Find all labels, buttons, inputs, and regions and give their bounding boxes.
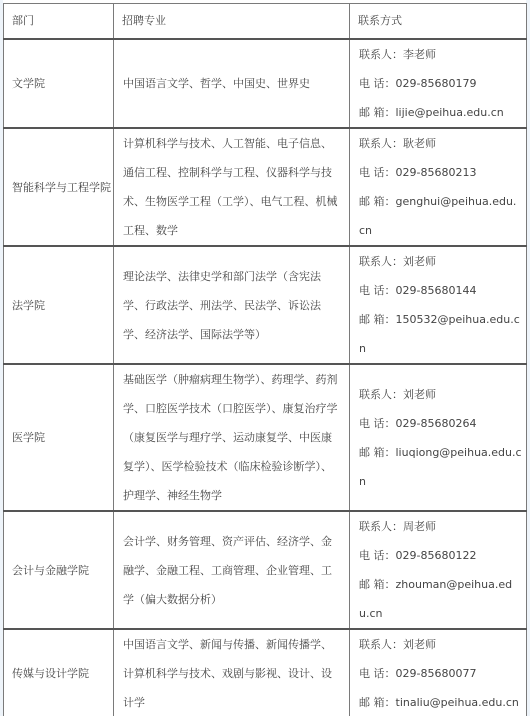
- phone-label: 电 话：: [359, 77, 396, 90]
- email-line: 邮 箱：lijie@peihua.edu.cn: [359, 98, 522, 127]
- email-label: 邮 箱：: [359, 313, 396, 326]
- department-cell: 传媒与设计学院: [4, 629, 114, 716]
- phone-value: 029-85680122: [396, 549, 477, 562]
- header-department: 部门: [4, 4, 114, 40]
- majors-cell: 会计学、财务管理、资产评估、经济学、金融学、金融工程、工商管理、企业管理、工学（…: [114, 511, 350, 629]
- table-row: 医学院 基础医学（肿瘤病理生物学）、药理学、药剂学、口腔医学技术（口腔医学）、康…: [4, 364, 527, 511]
- email-line: 邮 箱：150532@peihua.edu.cn: [359, 305, 522, 363]
- department-cell: 文学院: [4, 39, 114, 128]
- phone-value: 029-85680077: [396, 667, 477, 680]
- email-value: lijie@peihua.edu.cn: [396, 106, 504, 119]
- contact-person-label: 联系人：: [359, 255, 403, 268]
- contact-person-value: 耿老师: [403, 137, 436, 150]
- contact-cell: 联系人：刘老师 电 话：029-85680077 邮 箱：tinaliu@pei…: [350, 629, 527, 716]
- phone-line: 电 话：029-85680122: [359, 541, 522, 570]
- contact-person-value: 周老师: [403, 520, 436, 533]
- department-cell: 医学院: [4, 364, 114, 511]
- contact-person-line: 联系人：耿老师: [359, 129, 522, 158]
- email-line: 邮 箱：genghui@peihua.edu.cn: [359, 187, 522, 245]
- contact-person-value: 李老师: [403, 48, 436, 61]
- department-cell: 智能科学与工程学院: [4, 128, 114, 246]
- phone-line: 电 话：029-85680144: [359, 276, 522, 305]
- phone-label: 电 话：: [359, 417, 396, 430]
- contact-person-label: 联系人：: [359, 48, 403, 61]
- contact-person-value: 刘老师: [403, 638, 436, 651]
- contact-cell: 联系人：耿老师 电 话：029-85680213 邮 箱：genghui@pei…: [350, 128, 527, 246]
- email-label: 邮 箱：: [359, 106, 396, 119]
- contact-person-line: 联系人：刘老师: [359, 247, 522, 276]
- contact-person-line: 联系人：李老师: [359, 40, 522, 69]
- email-label: 邮 箱：: [359, 696, 396, 709]
- contact-person-line: 联系人：刘老师: [359, 380, 522, 409]
- recruitment-table: 部门 招聘专业 联系方式 文学院 中国语言文学、哲学、中国史、世界史 联系人：李…: [3, 3, 527, 716]
- majors-cell: 中国语言文学、哲学、中国史、世界史: [114, 39, 350, 128]
- majors-cell: 中国语言文学、新闻与传播、新闻传播学、计算机科学与技术、戏剧与影视、设计、设计学: [114, 629, 350, 716]
- table-row: 会计与金融学院 会计学、财务管理、资产评估、经济学、金融学、金融工程、工商管理、…: [4, 511, 527, 629]
- header-majors: 招聘专业: [114, 4, 350, 40]
- table-row: 传媒与设计学院 中国语言文学、新闻与传播、新闻传播学、计算机科学与技术、戏剧与影…: [4, 629, 527, 716]
- header-contact: 联系方式: [350, 4, 527, 40]
- email-line: 邮 箱：tinaliu@peihua.edu.cn: [359, 688, 522, 716]
- phone-value: 029-85680144: [396, 284, 477, 297]
- phone-line: 电 话：029-85680213: [359, 158, 522, 187]
- phone-label: 电 话：: [359, 667, 396, 680]
- phone-label: 电 话：: [359, 284, 396, 297]
- majors-cell: 基础医学（肿瘤病理生物学）、药理学、药剂学、口腔医学技术（口腔医学）、康复治疗学…: [114, 364, 350, 511]
- phone-line: 电 话：029-85680077: [359, 659, 522, 688]
- contact-person-label: 联系人：: [359, 520, 403, 533]
- phone-label: 电 话：: [359, 166, 396, 179]
- contact-person-value: 刘老师: [403, 388, 436, 401]
- email-value: tinaliu@peihua.edu.cn: [396, 696, 519, 709]
- contact-cell: 联系人：刘老师 电 话：029-85680144 邮 箱：150532@peih…: [350, 246, 527, 364]
- contact-person-label: 联系人：: [359, 388, 403, 401]
- phone-line: 电 话：029-85680264: [359, 409, 522, 438]
- contact-cell: 联系人：刘老师 电 话：029-85680264 邮 箱：liuqiong@pe…: [350, 364, 527, 511]
- phone-line: 电 话：029-85680179: [359, 69, 522, 98]
- majors-cell: 理论法学、法律史学和部门法学（含宪法学、行政法学、刑法学、民法学、诉讼法学、经济…: [114, 246, 350, 364]
- phone-value: 029-85680264: [396, 417, 477, 430]
- contact-person-line: 联系人：周老师: [359, 512, 522, 541]
- email-line: 邮 箱：liuqiong@peihua.edu.cn: [359, 438, 522, 496]
- contact-person-label: 联系人：: [359, 137, 403, 150]
- email-label: 邮 箱：: [359, 446, 396, 459]
- table-row: 法学院 理论法学、法律史学和部门法学（含宪法学、行政法学、刑法学、民法学、诉讼法…: [4, 246, 527, 364]
- table-row: 智能科学与工程学院 计算机科学与技术、人工智能、电子信息、通信工程、控制科学与工…: [4, 128, 527, 246]
- table-row: 文学院 中国语言文学、哲学、中国史、世界史 联系人：李老师 电 话：029-85…: [4, 39, 527, 128]
- department-cell: 法学院: [4, 246, 114, 364]
- phone-label: 电 话：: [359, 549, 396, 562]
- department-cell: 会计与金融学院: [4, 511, 114, 629]
- phone-value: 029-85680213: [396, 166, 477, 179]
- contact-person-label: 联系人：: [359, 638, 403, 651]
- phone-value: 029-85680179: [396, 77, 477, 90]
- email-line: 邮 箱：zhouman@peihua.edu.cn: [359, 570, 522, 628]
- contact-person-line: 联系人：刘老师: [359, 630, 522, 659]
- email-label: 邮 箱：: [359, 578, 396, 591]
- table-header-row: 部门 招聘专业 联系方式: [4, 4, 527, 40]
- email-label: 邮 箱：: [359, 195, 396, 208]
- contact-cell: 联系人：李老师 电 话：029-85680179 邮 箱：lijie@peihu…: [350, 39, 527, 128]
- contact-cell: 联系人：周老师 电 话：029-85680122 邮 箱：zhouman@pei…: [350, 511, 527, 629]
- majors-cell: 计算机科学与技术、人工智能、电子信息、通信工程、控制科学与工程、仪器科学与技术、…: [114, 128, 350, 246]
- contact-person-value: 刘老师: [403, 255, 436, 268]
